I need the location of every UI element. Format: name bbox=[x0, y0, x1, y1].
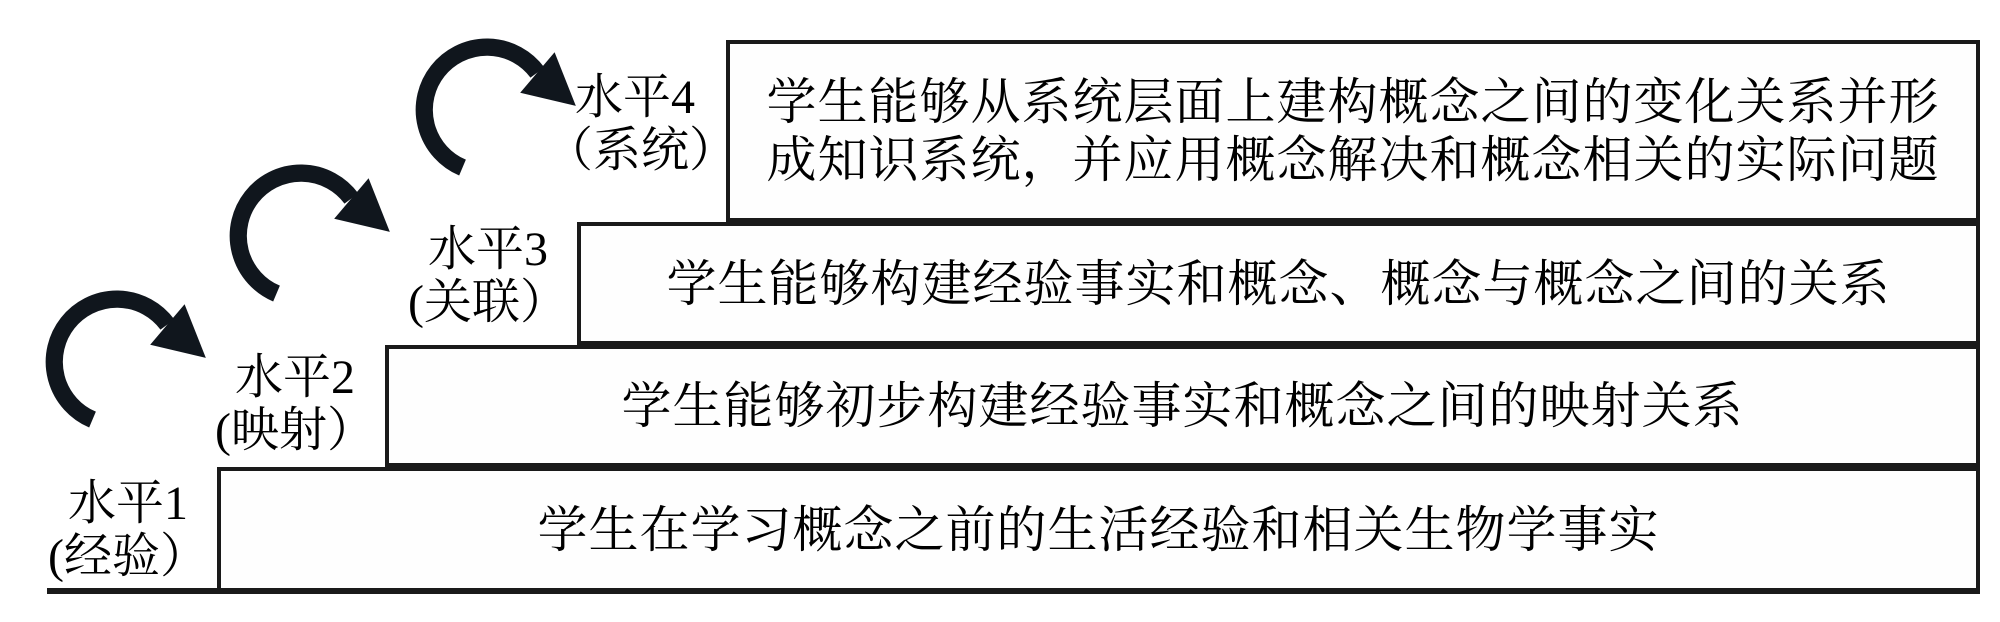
level-4-description: 学生能够从系统层面上建构概念之间的变化关系并形 成知识系统，并应用概念解决和概念… bbox=[767, 73, 1940, 189]
level-2-label: 水平2 (映射） bbox=[205, 352, 385, 458]
curved-arrow-level1-to-level2-icon bbox=[48, 292, 220, 444]
level-1-box: 学生在学习概念之前的生活经验和相关生物学事实 bbox=[217, 467, 1980, 592]
level-4-box: 学生能够从系统层面上建构概念之间的变化关系并形 成知识系统，并应用概念解决和概念… bbox=[726, 40, 1980, 222]
level-1-name: 水平1 bbox=[38, 478, 218, 531]
level-3-stage: (关联） bbox=[398, 277, 578, 330]
level-1-label: 水平1 (经验） bbox=[38, 478, 218, 584]
level-2-description: 学生能够初步构建经验事实和概念之间的映射关系 bbox=[622, 377, 1744, 435]
level-3-label: 水平3 (关联） bbox=[398, 224, 578, 330]
level-1-description: 学生在学习概念之前的生活经验和相关生物学事实 bbox=[538, 501, 1660, 559]
concept-ladder-diagram: 学生在学习概念之前的生活经验和相关生物学事实 学生能够初步构建经验事实和概念之间… bbox=[0, 0, 2000, 622]
level-2-box: 学生能够初步构建经验事实和概念之间的映射关系 bbox=[385, 345, 1980, 467]
level-3-name: 水平3 bbox=[398, 224, 578, 277]
level-3-box: 学生能够构建经验事实和概念、概念与概念之间的关系 bbox=[577, 222, 1980, 345]
curved-arrow-level3-to-level4-icon bbox=[418, 40, 590, 192]
baseline bbox=[47, 588, 1980, 594]
level-1-stage: (经验） bbox=[38, 531, 218, 584]
curved-arrow-level2-to-level3-icon bbox=[232, 166, 404, 318]
level-3-description: 学生能够构建经验事实和概念、概念与概念之间的关系 bbox=[667, 255, 1891, 313]
level-2-stage: (映射） bbox=[205, 405, 385, 458]
level-2-name: 水平2 bbox=[205, 352, 385, 405]
